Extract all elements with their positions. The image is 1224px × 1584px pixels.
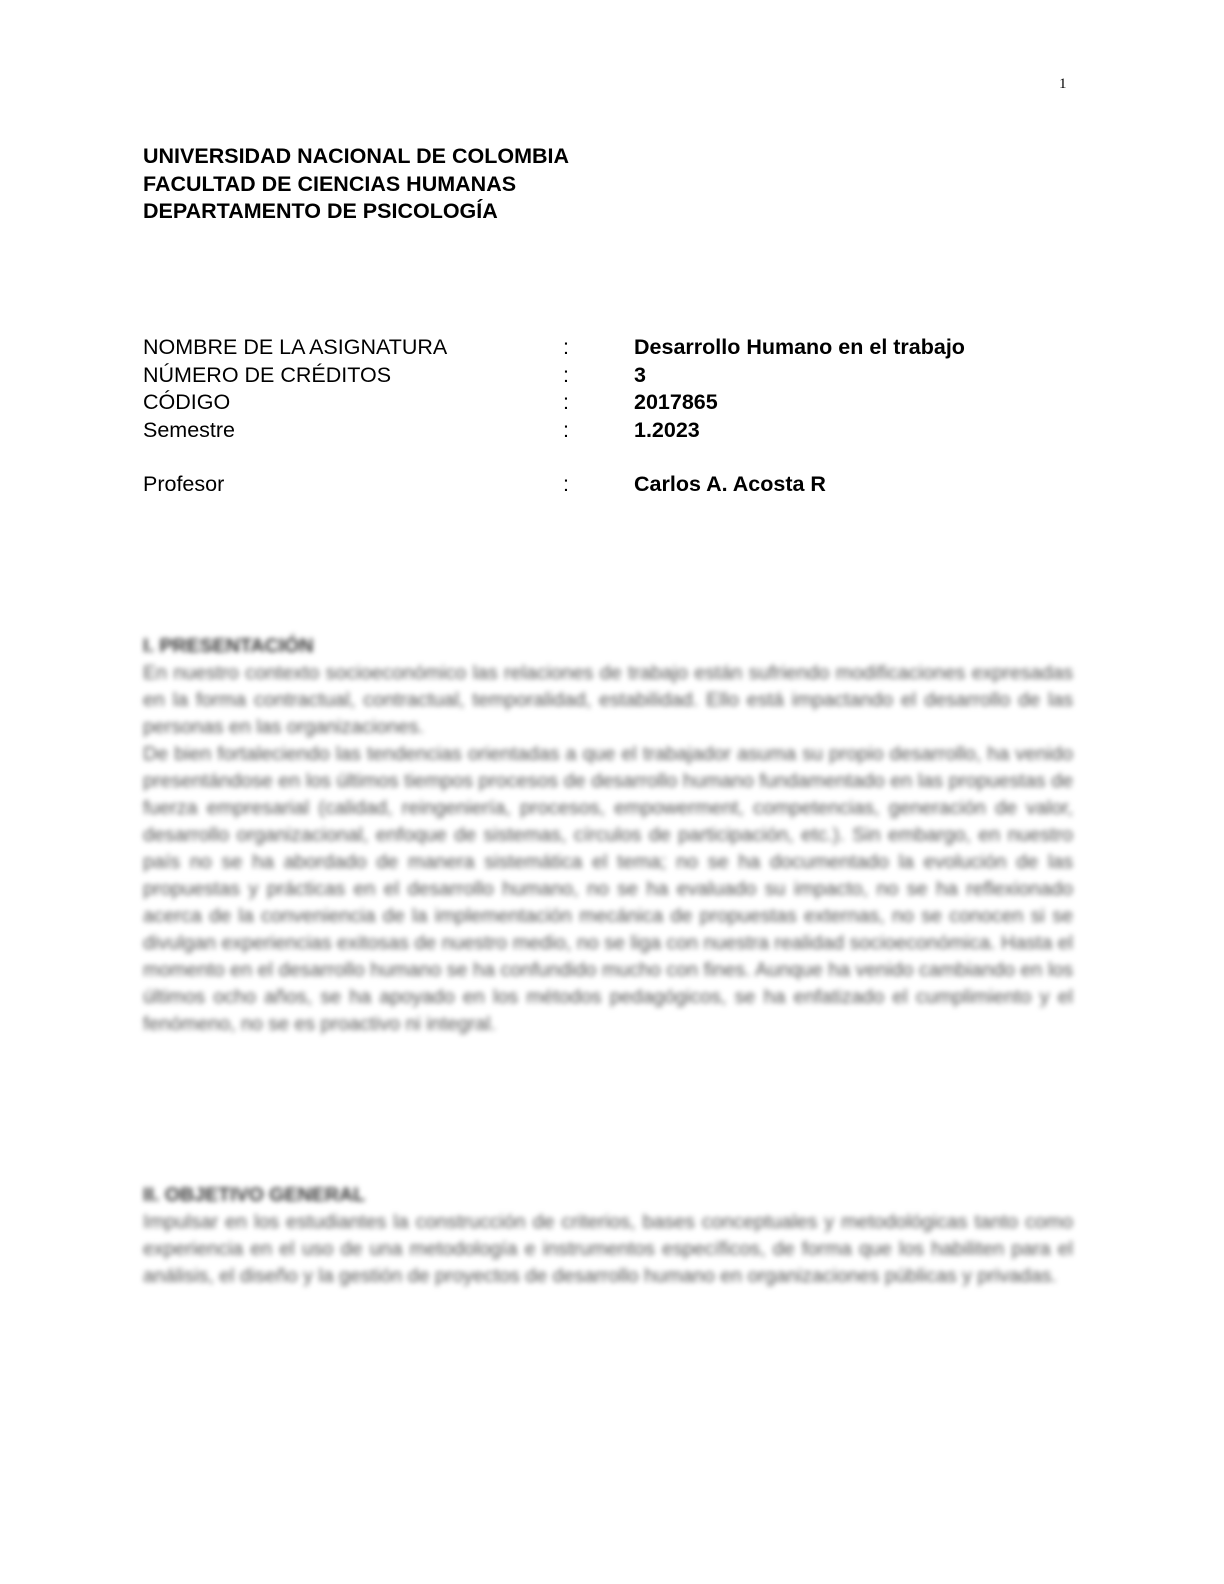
professor-label: Profesor — [143, 471, 563, 499]
separator: : — [563, 334, 634, 362]
separator: : — [563, 471, 634, 499]
university-name: UNIVERSIDAD NACIONAL DE COLOMBIA — [143, 143, 569, 171]
section-paragraph: De bien fortaleciendo las tendencias ori… — [143, 741, 1073, 1038]
course-name-row: NOMBRE DE LA ASIGNATURA : Desarrollo Hum… — [143, 334, 965, 362]
separator: : — [563, 362, 634, 390]
code-row: CÓDIGO : 2017865 — [143, 389, 965, 417]
semester-value: 1.2023 — [634, 417, 700, 445]
section-heading: I. PRESENTACIÓN — [143, 633, 1073, 660]
section-presentacion: I. PRESENTACIÓN En nuestro contexto soci… — [143, 633, 1073, 1038]
credits-value: 3 — [634, 362, 646, 390]
course-name-value: Desarrollo Humano en el trabajo — [634, 334, 965, 362]
faculty-name: FACULTAD DE CIENCIAS HUMANAS — [143, 171, 569, 199]
section-paragraph: Impulsar en los estudiantes la construcc… — [143, 1209, 1073, 1290]
semester-row: Semestre : 1.2023 — [143, 417, 965, 445]
separator: : — [563, 389, 634, 417]
credits-row: NÚMERO DE CRÉDITOS : 3 — [143, 362, 965, 390]
code-value: 2017865 — [634, 389, 718, 417]
spacer — [143, 444, 965, 471]
professor-row: Profesor : Carlos A. Acosta R — [143, 471, 965, 499]
course-info: NOMBRE DE LA ASIGNATURA : Desarrollo Hum… — [143, 334, 965, 499]
institution-header: UNIVERSIDAD NACIONAL DE COLOMBIA FACULTA… — [143, 143, 569, 226]
department-name: DEPARTAMENTO DE PSICOLOGÍA — [143, 198, 569, 226]
section-heading: II. OBJETIVO GENERAL — [143, 1182, 1073, 1209]
credits-label: NÚMERO DE CRÉDITOS — [143, 362, 563, 390]
page-number: 1 — [1059, 76, 1067, 93]
separator: : — [563, 417, 634, 445]
semester-label: Semestre — [143, 417, 563, 445]
section-paragraph: En nuestro contexto socioeconómico las r… — [143, 660, 1073, 741]
course-name-label: NOMBRE DE LA ASIGNATURA — [143, 334, 563, 362]
professor-value: Carlos A. Acosta R — [634, 471, 826, 499]
section-objetivo-general: II. OBJETIVO GENERAL Impulsar en los est… — [143, 1182, 1073, 1290]
code-label: CÓDIGO — [143, 389, 563, 417]
